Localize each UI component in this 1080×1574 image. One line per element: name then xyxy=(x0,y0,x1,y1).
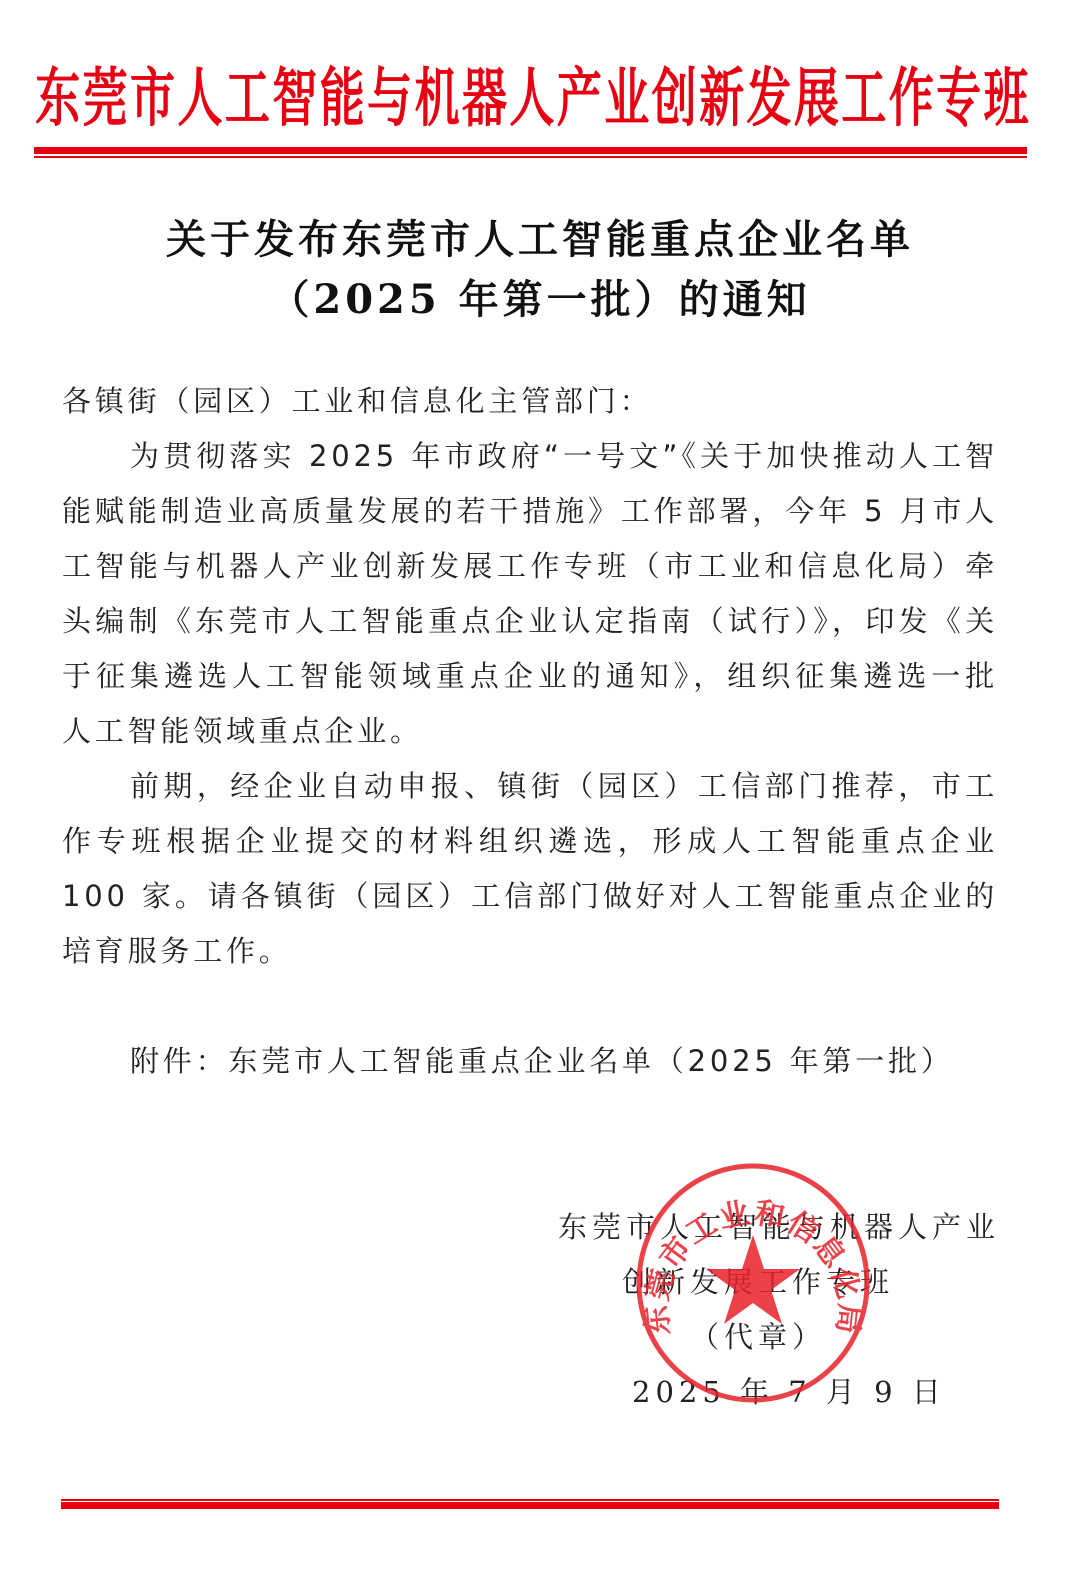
footer-rule-thin xyxy=(61,1499,999,1501)
document-title-line2: （2025 年第一批）的通知 xyxy=(0,268,1080,325)
signature-org-line2: 创新发展工作专班 xyxy=(622,1255,894,1310)
masthead-rule-thick xyxy=(34,147,1027,154)
paragraph-2: 前期，经企业自动申报、镇街（园区）工信部门推荐，市工作专班根据企业提交的材料组织… xyxy=(62,759,998,979)
masthead-char: 东 xyxy=(34,62,81,136)
masthead-char: 莞 xyxy=(81,62,128,136)
signature-date: 2025 年 7 月 9 日 xyxy=(632,1365,946,1420)
signature-org-line3: （代章） xyxy=(690,1310,826,1365)
salutation: 各镇街（园区）工业和信息化主管部门： xyxy=(62,374,998,429)
masthead: 东莞市人工智能与机器人产业创新发展工作专班 xyxy=(34,62,1030,140)
masthead-char: 产 xyxy=(556,62,603,136)
masthead-char: 业 xyxy=(603,62,650,136)
masthead-char: 人 xyxy=(508,62,555,136)
masthead-char: 创 xyxy=(650,62,697,136)
masthead-char: 工 xyxy=(224,62,271,136)
masthead-char: 市 xyxy=(129,62,176,136)
attachment-line: 附件：东莞市人工智能重点企业名单（2025 年第一批） xyxy=(130,1034,954,1089)
masthead-char: 机 xyxy=(413,62,460,136)
footer-rule-thick xyxy=(61,1502,999,1509)
signature-org-line1: 东莞市人工智能与机器人产业 xyxy=(558,1200,1000,1255)
masthead-rule-thin xyxy=(34,156,1027,158)
masthead-char: 作 xyxy=(888,62,935,136)
masthead-char: 人 xyxy=(176,62,223,136)
masthead-char: 展 xyxy=(793,62,840,136)
masthead-char: 专 xyxy=(935,62,982,136)
masthead-char: 工 xyxy=(840,62,887,136)
masthead-char: 班 xyxy=(982,62,1029,136)
masthead-char: 新 xyxy=(698,62,745,136)
masthead-char: 与 xyxy=(366,62,413,136)
masthead-char: 能 xyxy=(319,62,366,136)
document-title-line1: 关于发布东莞市人工智能重点企业名单 xyxy=(0,208,1080,265)
masthead-title: 东莞市人工智能与机器人产业创新发展工作专班 xyxy=(34,62,1030,136)
masthead-char: 智 xyxy=(271,62,318,136)
masthead-char: 器 xyxy=(461,62,508,136)
paragraph-1: 为贯彻落实 2025 年市政府“一号文”《关于加快推动人工智能赋能制造业高质量发… xyxy=(62,429,998,759)
masthead-char: 发 xyxy=(745,62,792,136)
